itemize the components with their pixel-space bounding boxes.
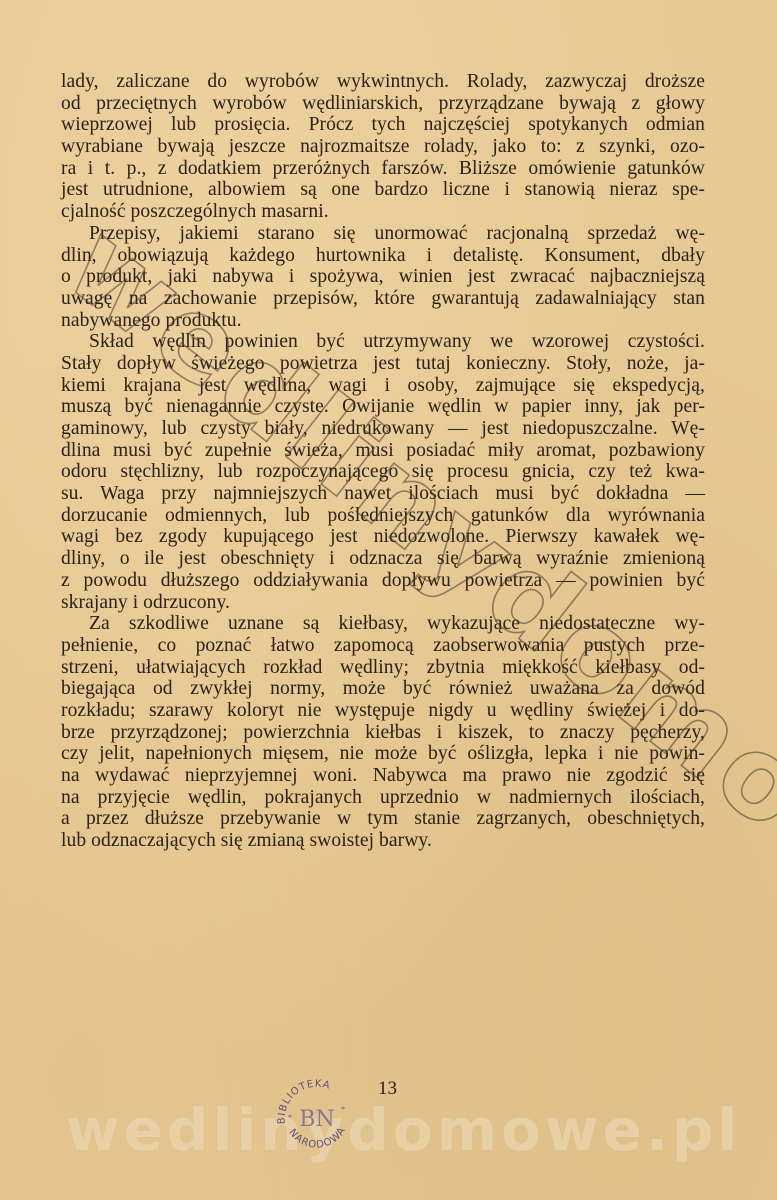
scanned-page: lady, zaliczane do wyrobów wykwintnych. … bbox=[0, 0, 777, 1200]
text-line: uwagę na zachowanie przepisów, które gwa… bbox=[61, 288, 705, 310]
text-line: skrajany i odrzucony. bbox=[61, 592, 705, 614]
text-line: Stały dopływ świeżego powietrza jest tut… bbox=[61, 353, 705, 375]
text-line: strzeni, ułatwiających rozkład wędliny; … bbox=[61, 657, 705, 679]
page-number: 13 bbox=[378, 1078, 397, 1100]
svg-text:BN: BN bbox=[299, 1107, 334, 1132]
text-line: Przepisy, jakiemi starano się unormować … bbox=[61, 223, 705, 245]
text-line: muszą być nienagannie czyste. Owijanie w… bbox=[61, 396, 705, 418]
text-line: biegająca od zwykłej normy, może być rów… bbox=[61, 678, 705, 700]
text-line: nabywanego produktu. bbox=[61, 310, 705, 332]
text-line: brze przyrządzonej; powierzchnia kiełbas… bbox=[61, 722, 705, 744]
text-line: a przez dłuższe przebywanie w tym stanie… bbox=[61, 808, 705, 830]
text-line: jest utrudnione, albowiem są one bardzo … bbox=[61, 179, 705, 201]
text-line: dlina musi być zupełnie świeża, musi pos… bbox=[61, 440, 705, 462]
text-line: na wydawać nieprzyjemnej woni. Nabywca m… bbox=[61, 765, 705, 787]
text-line: wieprzowej lub prosięcia. Prócz tych naj… bbox=[61, 114, 705, 136]
text-line: su. Waga przy najmniejszych nawet ilości… bbox=[61, 483, 705, 505]
text-line: gaminowy, lub czysty biały, niedrukowany… bbox=[61, 418, 705, 440]
text-line: Za szkodliwe uznane są kiełbasy, wykazuj… bbox=[61, 613, 705, 635]
library-stamp-icon: BIBLIOTEKA NARODOWA BN * * bbox=[273, 1074, 361, 1162]
text-line: dliny, o ile jest obeschnięty i odznacza… bbox=[61, 548, 705, 570]
site-watermark: wedlinydomowe.pl bbox=[66, 1096, 716, 1164]
svg-text:*: * bbox=[288, 1113, 292, 1122]
text-line: pełnienie, co poznać łatwo zapomocą zaob… bbox=[61, 635, 705, 657]
svg-text:*: * bbox=[341, 1105, 345, 1114]
text-line: dorzucanie odmiennych, lub pośledniejszy… bbox=[61, 505, 705, 527]
text-line: wagi bez zgody kupującego jest niedozwol… bbox=[61, 526, 705, 548]
text-line: lub odznaczających się zmianą swoistej b… bbox=[61, 830, 705, 852]
text-line: kiemi krajana jest wędlina, wagi i osoby… bbox=[61, 375, 705, 397]
text-line: lady, zaliczane do wyrobów wykwintnych. … bbox=[61, 71, 705, 93]
text-line: na przyjęcie wędlin, pokrajanych uprzedn… bbox=[61, 787, 705, 809]
text-line: wyrabiane bywają jeszcze najrozmaitsze r… bbox=[61, 136, 705, 158]
text-line: o produkt, jaki nabywa i spożywa, winien… bbox=[61, 266, 705, 288]
text-line: dlin, obowiązują każdego hurtownika i de… bbox=[61, 245, 705, 267]
text-line: od przeciętnych wyrobów wędliniarskich, … bbox=[61, 93, 705, 115]
text-line: odoru stęchlizny, lub rozpoczynającego s… bbox=[61, 461, 705, 483]
text-line: Skład wędlin powinien być utrzymywany we… bbox=[61, 331, 705, 353]
text-line: rozkładu; szarawy koloryt nie występuje … bbox=[61, 700, 705, 722]
text-line: cjalność poszczególnych masarni. bbox=[61, 201, 705, 223]
text-line: z powodu dłuższego oddziaływania dopływu… bbox=[61, 570, 705, 592]
body-text: lady, zaliczane do wyrobów wykwintnych. … bbox=[61, 71, 705, 852]
text-line: ra i t. p., z dodatkiem przeróżnych fars… bbox=[61, 158, 705, 180]
text-line: czy jelit, napełnionych mięsem, nie może… bbox=[61, 743, 705, 765]
